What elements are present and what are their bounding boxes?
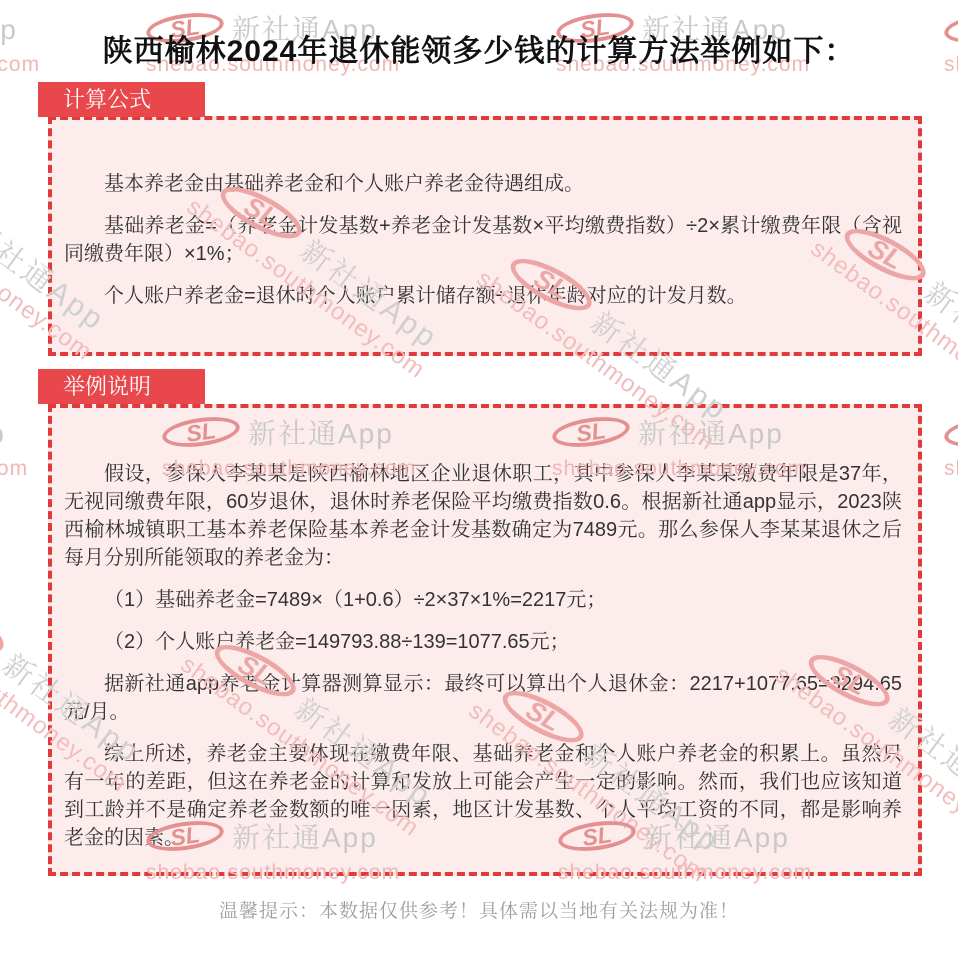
- example-paragraph: 综上所述，养老金主要体现在缴费年限、基础养老金和个人账户养老金的积累上。虽然只有…: [64, 740, 902, 852]
- watermark-brand: 新社通App: [0, 412, 6, 452]
- watermark-brand: 新社通App: [917, 269, 958, 399]
- footer-disclaimer: 温馨提示：本数据仅供参考！具体需以当地有关法规为准！: [0, 896, 958, 923]
- formula-box: 基本养老金由基础养老金和个人账户养老金待遇组成。 基础养老金=（养老金计发基数+…: [48, 116, 922, 356]
- example-paragraph: 据新社通app养老金计算器测算显示：最终可以算出个人退休金：2217+1077.…: [64, 670, 902, 726]
- formula-paragraph: 基础养老金=（养老金计发基数+养老金计发基数×平均缴费指数）÷2×累计缴费年限（…: [64, 212, 902, 268]
- watermark-url: shebao.southmoney.com: [944, 457, 958, 481]
- watermark-logo-icon: SL: [0, 591, 11, 662]
- watermark-url: shebao.southmoney.com: [0, 457, 28, 481]
- formula-paragraph: 基本养老金由基础养老金和个人账户养老金待遇组成。: [64, 170, 902, 198]
- formula-paragraph: 个人账户养老金=退休时个人账户累计储存额÷退休年龄对应的计发月数。: [64, 282, 902, 310]
- example-paragraph: （2）个人账户养老金=149793.88÷139=1077.65元；: [64, 628, 902, 656]
- watermark: SL新社通App shebao.southmoney.com: [944, 412, 958, 481]
- infographic-page: SL新社通App shebao.southmoney.com SL新社通App …: [0, 0, 958, 962]
- section-label-formula: 计算公式: [38, 82, 205, 117]
- section-label-example: 举例说明: [38, 369, 205, 404]
- example-paragraph: 假设，参保人李某某是陕西榆林地区企业退休职工，其中参保人李某某缴费年限是37年，…: [64, 460, 902, 572]
- page-title: 陕西榆林2024年退休能领多少钱的计算方法举例如下：: [0, 26, 958, 70]
- example-paragraph: （1）基础养老金=7489×（1+0.6）÷2×37×1%=2217元；: [64, 586, 902, 614]
- example-box: 假设，参保人李某某是陕西榆林地区企业退休职工，其中参保人李某某缴费年限是37年，…: [48, 404, 922, 876]
- watermark-logo-icon: SL: [942, 413, 958, 452]
- watermark: SL新社通App shebao.southmoney.com: [0, 412, 28, 481]
